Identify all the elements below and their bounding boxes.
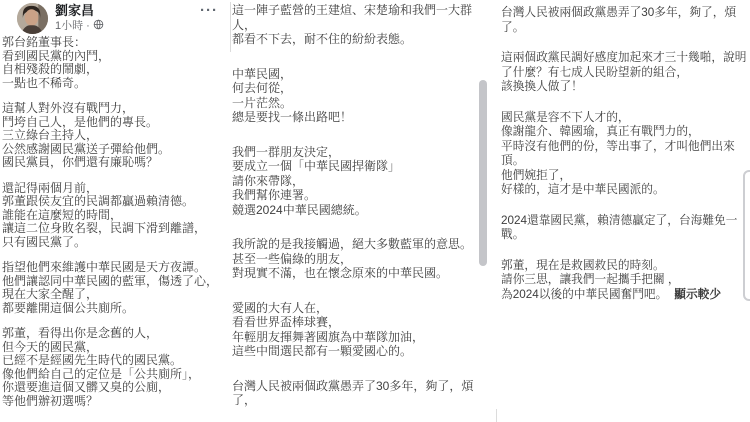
post-paragraph: 指望他們來維護中華民國是天方夜譚。 他們讓認同中華民國的藍軍，傷透了心， 現在大… [2, 261, 218, 315]
author-name[interactable]: 劉家昌 [55, 4, 104, 18]
post-paragraph: 郭董，看得出你是念舊的人， 但今天的國民黨， 已經不是經國先生時代的國民黨。 像… [2, 327, 218, 408]
post-column-2: 這一陣子藍營的王建煊、宋楚瑜和我們一大群 人， 都看不下去，耐不住的紛紛表態。 … [232, 3, 486, 422]
avatar-photo [17, 3, 48, 34]
more-options-button[interactable]: ··· [197, 3, 221, 21]
post-paragraph: 還記得兩個月前， 郭董跟侯友宜的民調都贏過賴清德。 誰能在這麼短的時間， 讓這二… [2, 182, 218, 250]
post-paragraph: 我們一群朋友決定， 要成立一個「中華民國捍衛隊」 請你來帶隊， 我們幫你連署。 … [232, 145, 486, 218]
globe-icon [93, 19, 104, 34]
post-column-1: 劉家昌 1小時 · 郭台銘董事長： 看到國民黨的內鬥， 自相殘殺的鬧劇， 一點也… [2, 0, 218, 420]
post-paragraph: 郭台銘董事長： 看到國民黨的內鬥， 自相殘殺的鬧劇， 一點也不稀奇。 [2, 36, 218, 90]
post-subline: 1小時 · [55, 19, 104, 34]
post-paragraph: 郭董，現在是救國救民的時刻。 請你三思，讓我們一起攜手把關 ， 為2024以後的… [501, 259, 750, 303]
post-paragraph: 我所說的是我接觸過，絕大多數藍軍的意思。 甚至一些偏綠的朋友， 對現實不滿，也在… [232, 237, 486, 281]
post-column-3: 台灣人民被兩個政黨愚弄了30多年，夠了，煩 了。 這兩個政黨民調好感度加起來才三… [501, 6, 750, 318]
post-paragraph: 愛國的大有人在， 看看世界盃棒球賽， 年輕朋友揮舞著國旗為中華隊加油， 這些中間… [232, 301, 486, 359]
post-paragraph: 台灣人民被兩個政黨愚弄了30多年，夠了，煩 了， [232, 379, 486, 408]
post-paragraph: 國民黨是容不下人才的， 像謝龍介、韓國瑜，真正有戰鬥力的， 平時沒有他們的份，等… [501, 111, 750, 198]
avatar[interactable] [17, 3, 48, 34]
post-paragraph: 這兩個政黨民調好感度加起來才三十幾啪，說明 了什麼？有七成人民盼望新的組合， 該… [501, 51, 750, 95]
header-meta: 劉家昌 1小時 · [55, 4, 104, 34]
timestamp-separator: · [86, 20, 90, 33]
post-paragraph: 這幫人對外沒有戰鬥力， 鬥垮自己人，是他們的專長。 三立綠台主持人， 公然感謝國… [2, 102, 218, 170]
post-paragraph-text: 郭董，現在是救國救民的時刻。 請你三思，讓我們一起攜手把關 ， 為2024以後的… [501, 259, 680, 301]
post-paragraph: 2024還靠國民黨，賴清德贏定了，台海難免一 戰。 [501, 214, 750, 243]
scrollbar-thumb[interactable] [479, 80, 487, 266]
scrollbar-thumb-right[interactable] [743, 170, 750, 301]
post-paragraph: 這一陣子藍營的王建煊、宋楚瑜和我們一大群 人， 都看不下去，耐不住的紛紛表態。 [232, 3, 486, 47]
timestamp[interactable]: 1小時 [55, 20, 83, 33]
column-divider [230, 2, 231, 52]
post-header: 劉家昌 1小時 · [15, 3, 218, 36]
post-paragraph: 中華民國， 何去何從， 一片茫然。 總是要找一條出路吧！ [232, 67, 486, 125]
see-less-link[interactable]: 顯示較少 [674, 288, 721, 301]
post-paragraph: 台灣人民被兩個政黨愚弄了30多年，夠了，煩 了。 [501, 6, 750, 35]
column-divider-small [496, 409, 497, 422]
